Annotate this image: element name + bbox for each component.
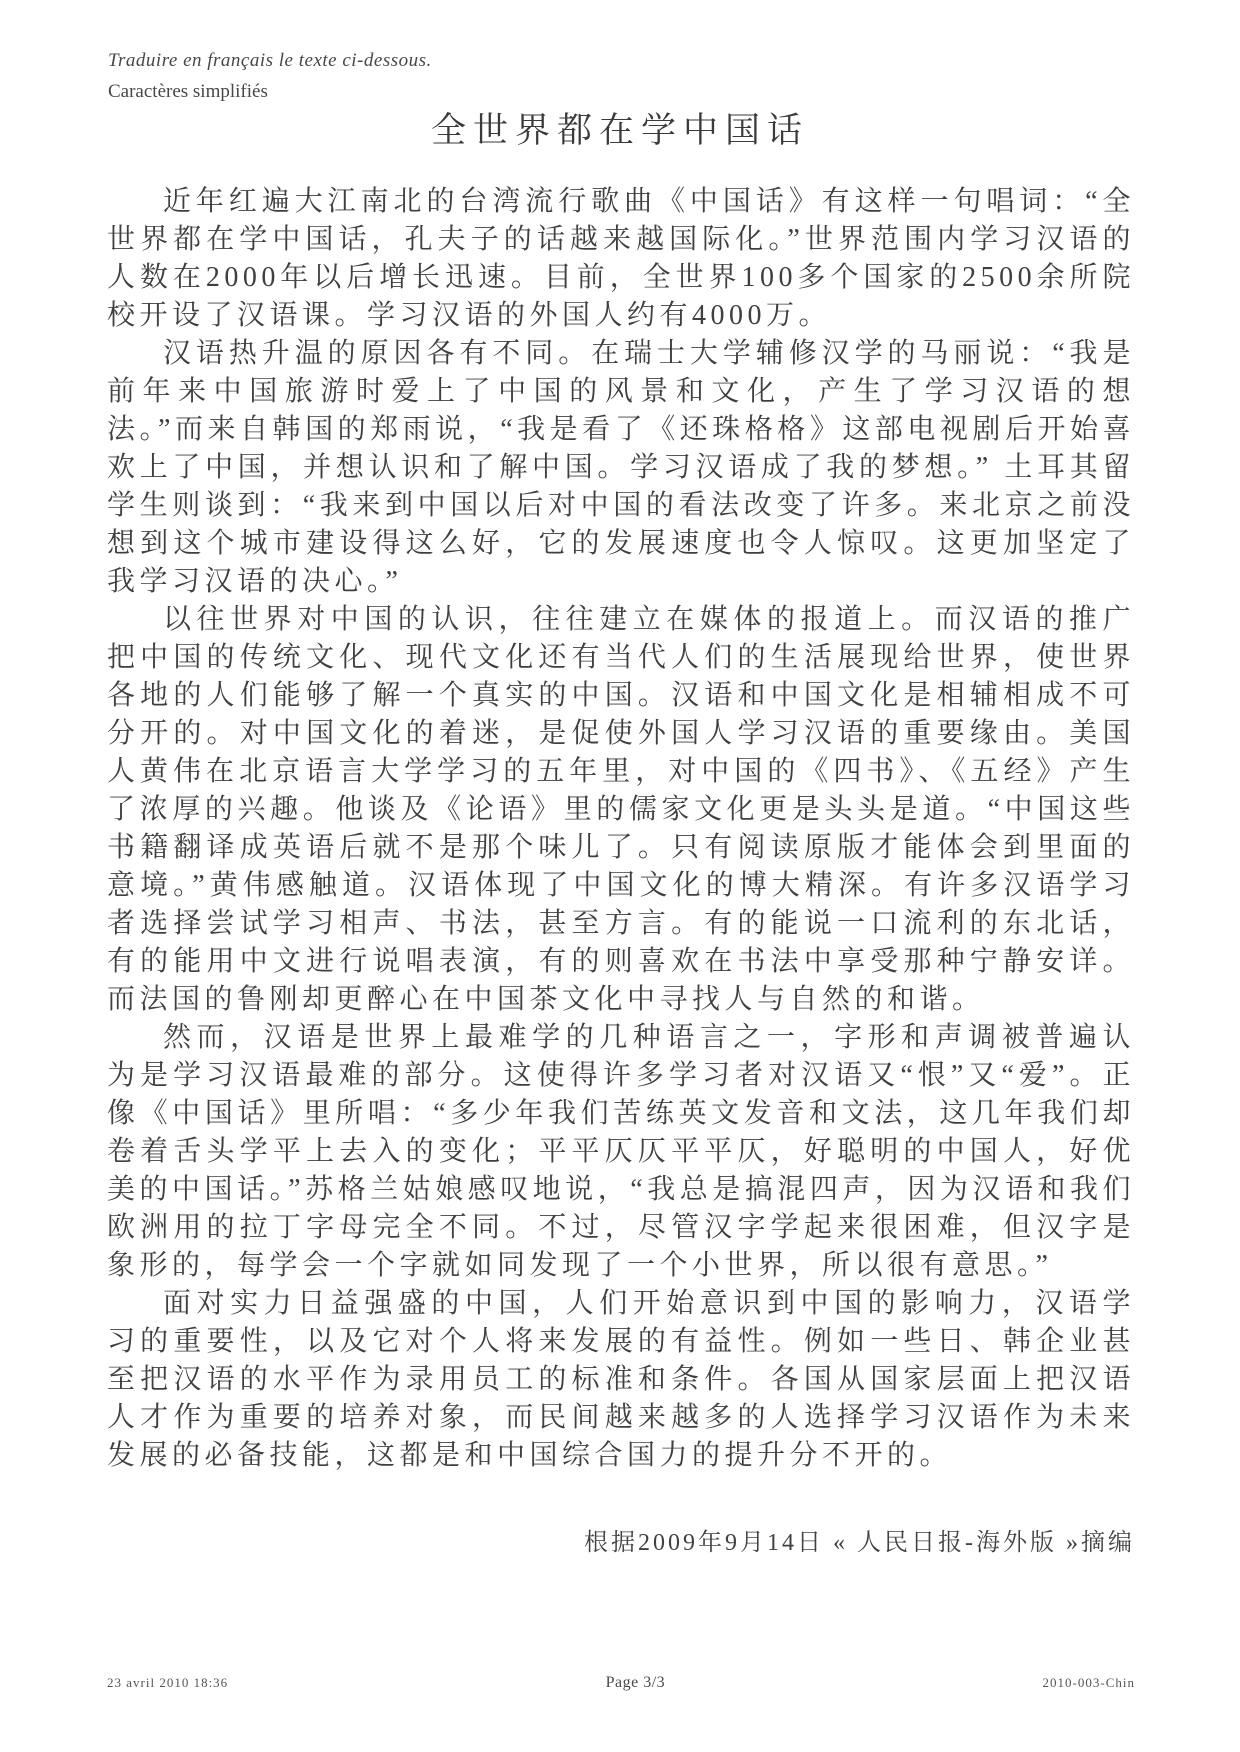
translation-instruction: Traduire en français le texte ci-dessous…: [108, 50, 432, 72]
paragraph-5: 面对实力日益强盛的中国，人们开始意识到中国的影响力，汉语学习的重要性，以及它对个…: [107, 1285, 1135, 1475]
page-footer: 23 avril 2010 18:36 Page 3/3 2010-003-Ch…: [107, 1674, 1135, 1692]
paragraph-2: 汉语热升温的原因各有不同。在瑞士大学辅修汉学的马丽说：“我是前年来中国旅游时爱上…: [107, 335, 1135, 601]
characters-note: Caractères simplifiés: [108, 81, 432, 103]
exam-instructions: Traduire en français le texte ci-dessous…: [108, 50, 432, 103]
footer-doc-id: 2010-003-Chin: [1043, 1675, 1135, 1691]
source-attribution: 根据2009年9月14日 « 人民日报-海外版 »摘编: [107, 1522, 1135, 1557]
page-title: 全世界都在学中国话: [0, 103, 1240, 153]
paragraph-3: 以往世界对中国的认识，往往建立在媒体的报道上。而汉语的推广把中国的传统文化、现代…: [107, 601, 1135, 1019]
paragraph-4: 然而，汉语是世界上最难学的几种语言之一，字形和声调被普遍认为是学习汉语最难的部分…: [107, 1019, 1135, 1285]
paragraph-1: 近年红遍大江南北的台湾流行歌曲《中国话》有这样一句唱词：“全世界都在学中国话，孔…: [107, 183, 1135, 335]
footer-page-number: Page 3/3: [606, 1674, 666, 1692]
document-page: Traduire en français le texte ci-dessous…: [0, 0, 1240, 1752]
article-body: 近年红遍大江南北的台湾流行歌曲《中国话》有这样一句唱词：“全世界都在学中国话，孔…: [107, 183, 1135, 1475]
footer-datetime: 23 avril 2010 18:36: [107, 1675, 228, 1691]
